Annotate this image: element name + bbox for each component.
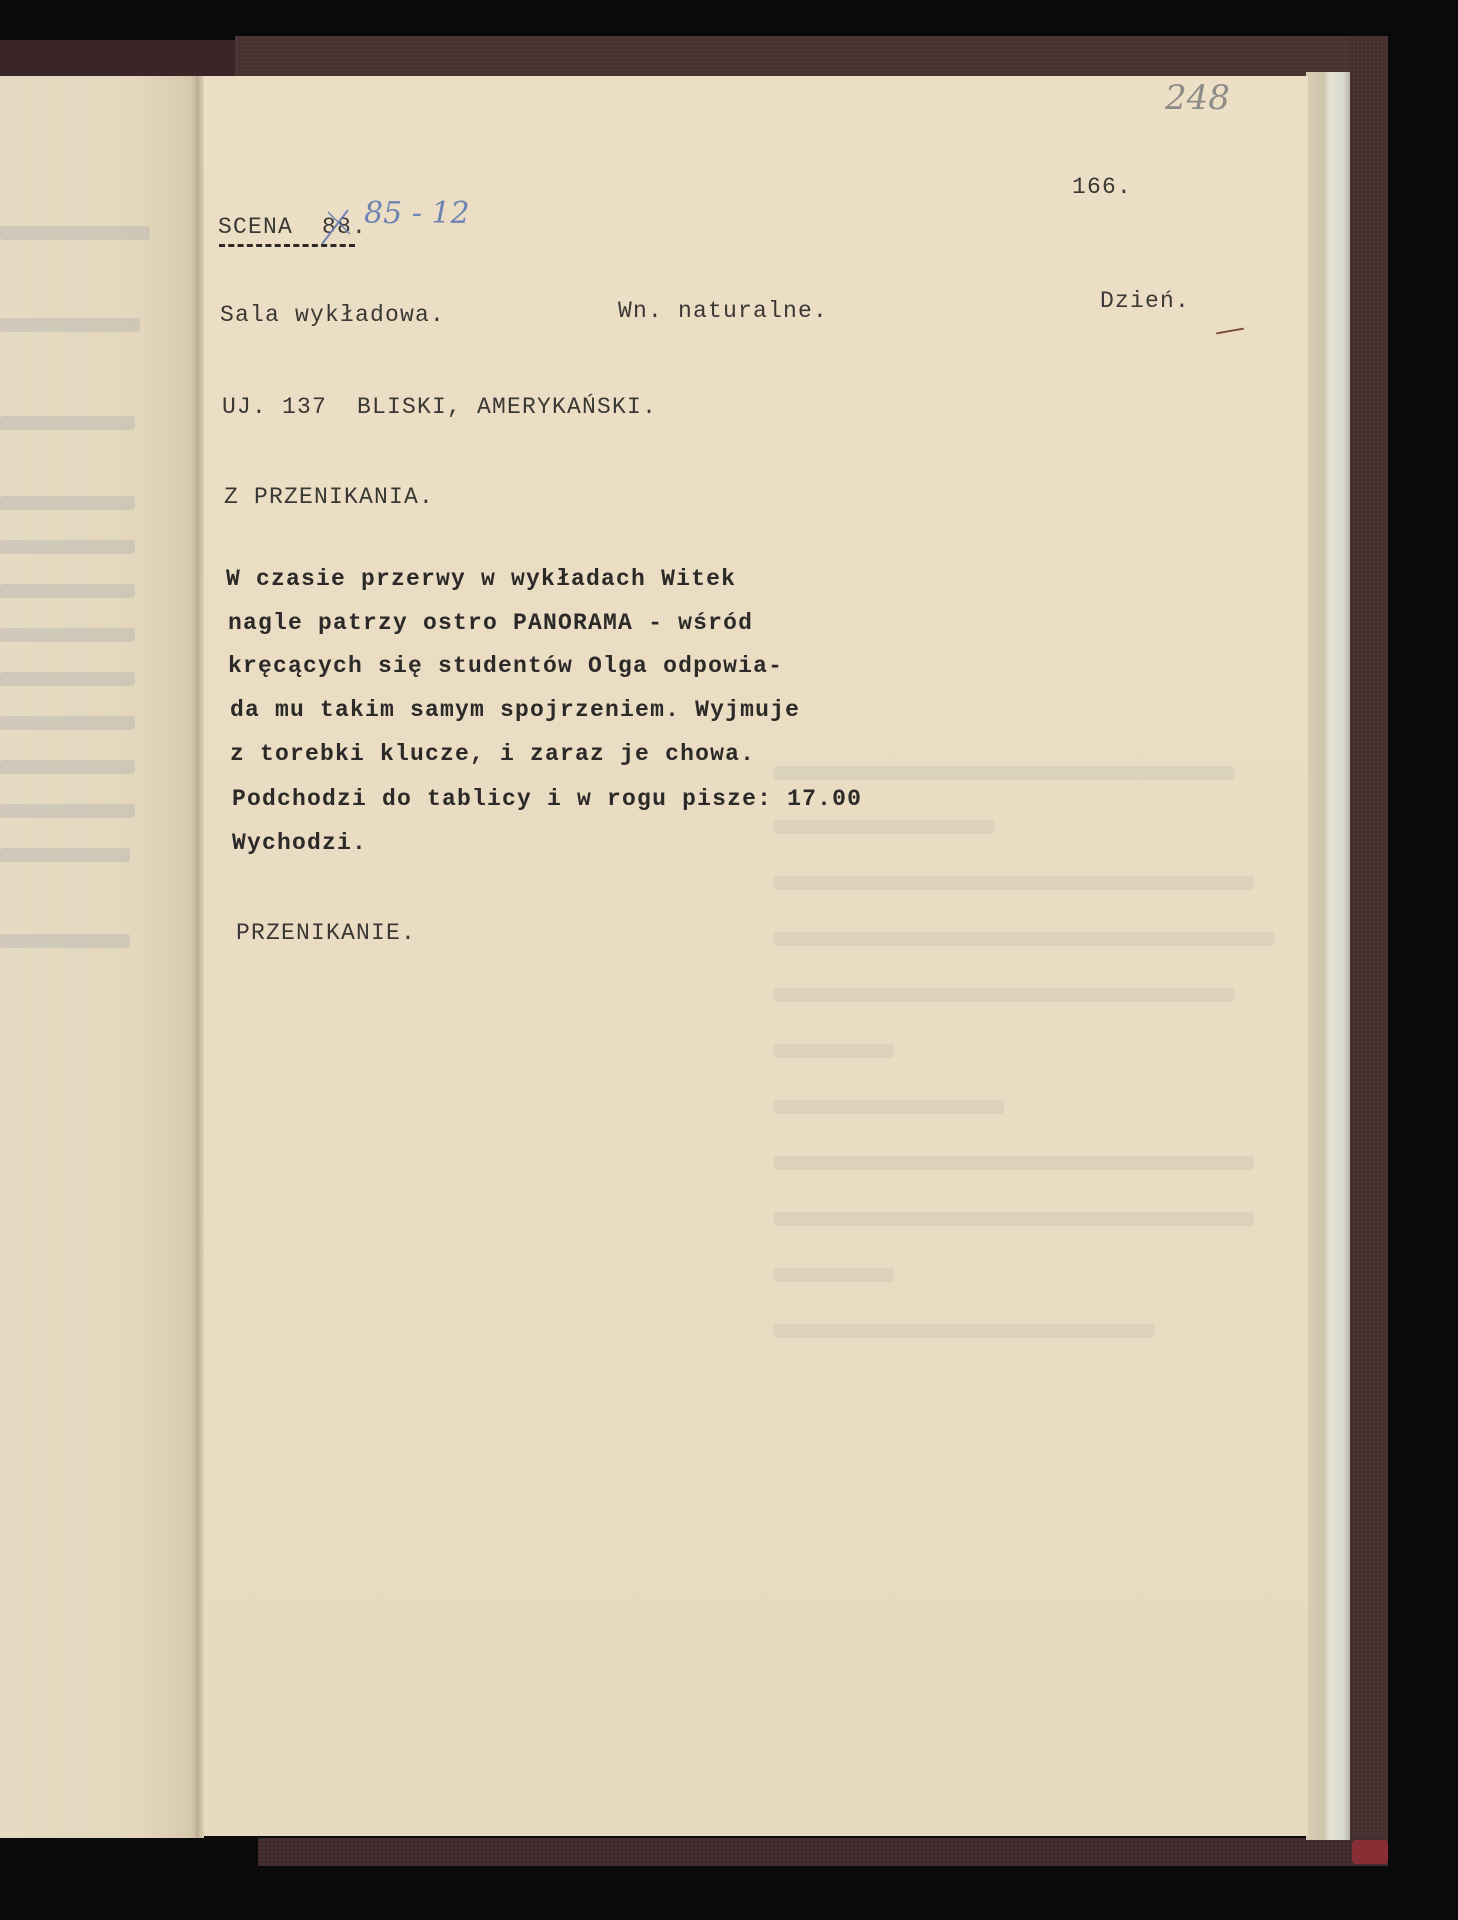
time-of-day: Dzień. (1100, 288, 1190, 314)
bleed-through-line (774, 1212, 1254, 1226)
bleed-through-line (774, 1268, 894, 1282)
shot-line: UJ. 137 BLISKI, AMERYKAŃSKI. (222, 394, 657, 420)
book-cover-bottom (258, 1838, 1388, 1866)
body-line: z torebki klucze, i zaraz je chowa. (230, 741, 755, 767)
bleed-through-line (774, 1100, 1004, 1114)
book-cover-top-left (0, 40, 235, 78)
body-line: W czasie przerwy w wykładach Witek (226, 566, 736, 592)
bleed-through-line (774, 766, 1234, 780)
left-page-bleed-line (0, 226, 150, 240)
left-page-bleed-line (0, 416, 135, 430)
transition-out: PRZENIKANIE. (236, 920, 416, 946)
cover-corner-worn (1352, 1840, 1388, 1864)
setting: Wn. naturalne. (618, 298, 828, 324)
transition-in: Z PRZENIKANIA. (224, 484, 434, 510)
typed-page-number: 166. (1072, 174, 1132, 200)
bleed-through-line (774, 1324, 1154, 1338)
left-page-bleed-line (0, 496, 135, 510)
location: Sala wykładowa. (220, 302, 445, 328)
left-page (0, 76, 200, 1838)
body-line: Podchodzi do tablicy i w rogu pisze: 17.… (232, 786, 862, 812)
page-edges-stack (1306, 72, 1350, 1840)
left-page-bleed-line (0, 848, 130, 862)
left-page-bleed-line (0, 804, 135, 818)
left-page-bleed-line (0, 628, 135, 642)
book-cover-top (235, 36, 1385, 76)
bleed-through-line (774, 932, 1274, 946)
bleed-through-line (774, 876, 1254, 890)
left-page-bleed-line (0, 934, 130, 948)
archive-page-number: 248 (1165, 78, 1230, 118)
right-page (204, 76, 1308, 1836)
body-line: da mu takim samym spojrzeniem. Wyjmuje (230, 697, 800, 723)
scene-heading-underline (219, 244, 355, 247)
scene-handwritten-correction: 85 - 12 (364, 196, 470, 231)
left-page-bleed-line (0, 672, 135, 686)
book-gutter (196, 76, 204, 1838)
scene-label: SCENA (218, 214, 293, 240)
left-page-bleed-line (0, 760, 135, 774)
bleed-through-line (774, 1156, 1254, 1170)
bleed-through-line (774, 820, 994, 834)
left-page-bleed-line (0, 584, 135, 598)
body-line: kręcących się studentów Olga odpowia- (228, 653, 783, 679)
left-page-bleed-line (0, 318, 140, 332)
body-line: nagle patrzy ostro PANORAMA - wśród (228, 610, 753, 636)
body-line: Wychodzi. (232, 830, 367, 856)
left-page-bleed-line (0, 540, 135, 554)
left-page-bleed-line (0, 716, 135, 730)
bleed-through-line (774, 988, 1234, 1002)
bleed-through-line (774, 1044, 894, 1058)
book-cover-right (1348, 36, 1388, 1866)
strikethrough-mark-icon (318, 208, 354, 246)
